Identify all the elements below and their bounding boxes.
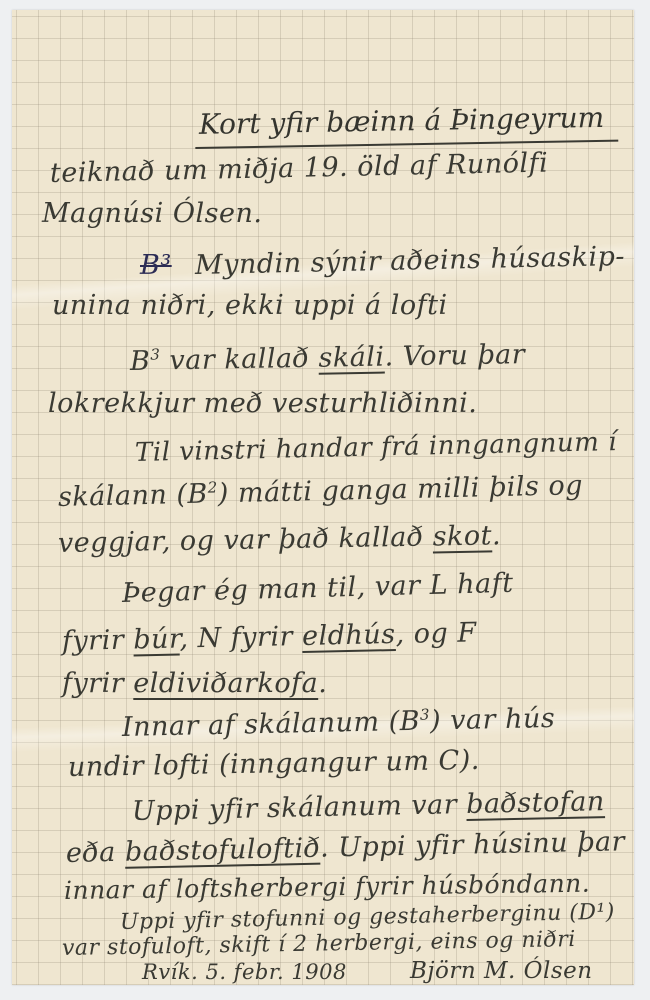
term-eldhus: eldhús [302, 619, 396, 652]
term-badstofan: baðstofan [466, 786, 605, 820]
letter-title: Kort yfir bæinn á Þingeyrum [195, 101, 619, 149]
place-date: Rvík. 5. febr. 1908 [142, 960, 347, 984]
line13-c: ) var hús [430, 703, 556, 737]
line12-a: fyrir [62, 668, 124, 699]
line12-c: . [318, 668, 327, 699]
line13-a: Innar af skálanum (B [122, 706, 421, 743]
text-line-12: fyrir eldiviðarkofa. [62, 668, 327, 699]
line16-c: . Uppi yfir húsinu þar [320, 826, 626, 863]
signature: Björn M. Ólsen [410, 958, 593, 984]
text-line-4: unina niðri, ekki uppi á lofti [52, 290, 448, 321]
line8-sup: 2 [207, 478, 217, 496]
line11-c: , N fyrir [179, 621, 293, 654]
line11-e: , og F [395, 617, 477, 650]
line9-a: veggjar, og var það kallað [58, 522, 424, 559]
line5-rest: . Voru þar [384, 339, 525, 372]
term-eldividarkofa: eldiviðarkofa [133, 668, 318, 699]
text-line-6: lokrekkjur með vesturhliðinni. [48, 388, 477, 419]
line9-c: . [492, 520, 502, 551]
term-skali: skáli [318, 342, 385, 374]
ref-b-sup: 3 [150, 345, 160, 363]
text-line-2: Magnúsi Ólsen. [42, 198, 262, 229]
term-badstofuloftid: baðstofuloftið [125, 833, 321, 868]
ref-b: B [130, 346, 151, 377]
line8-a: skálann (B [58, 479, 208, 513]
line11-a: fyrir [62, 625, 125, 657]
line13-sup: 3 [420, 706, 430, 724]
line16-a: eða [66, 837, 116, 869]
term-bur: búr [133, 624, 180, 656]
line5-text: var kallað [169, 343, 309, 376]
struck-reference-b3: B³ [140, 250, 172, 281]
term-skot: skot [432, 520, 492, 552]
